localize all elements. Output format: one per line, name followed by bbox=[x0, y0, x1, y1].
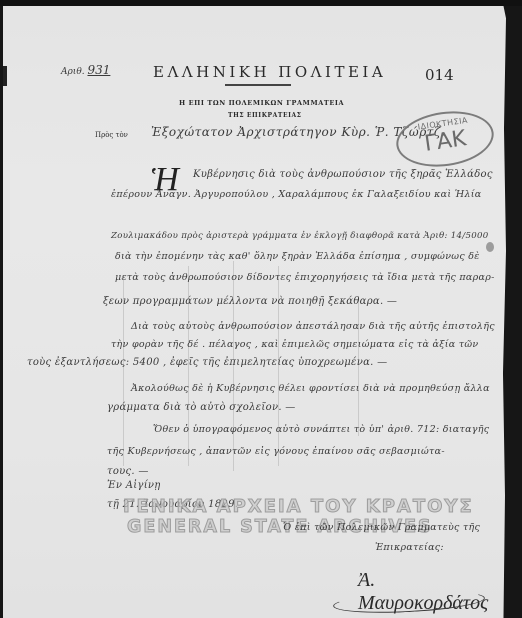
recipient-prefix: Πρὸς τὸν bbox=[95, 131, 128, 139]
ink-smudge bbox=[486, 242, 494, 252]
department-line-1: Η ΕΠΙ ΤΩΝ ΠΟΛΕΜΙΚΩΝ ΓΡΑΜΜΑΤΕΙΑ bbox=[179, 99, 344, 107]
place-line: Ἐν Αἰγίνῃ bbox=[107, 480, 161, 491]
document-page: Αριθ. 931 ΕΛΛΗΝΙΚΗ ΠΟΛΙΤΕΙΑ 014 Η ΕΠΙ ΤΩ… bbox=[3, 6, 506, 618]
reference-label: Αριθ. bbox=[61, 67, 85, 77]
body-line: μετὰ τοὺς ἀνθρωπούσιον δίδοντες ἐπιχορηγ… bbox=[115, 272, 495, 283]
closing-line-2: Ἐπικρατείας: bbox=[375, 542, 444, 553]
scan-border-top bbox=[0, 0, 522, 6]
archive-watermark-greek: ΓΕΝΙΚΑ ΑΡΧΕΙΑ ΤΟΥ ΚΡΑΤΟΥΣ bbox=[123, 496, 474, 517]
archive-ownership-stamp: ΙΔΙΟΚΤΗΣΙΑ ΓΑΚ bbox=[393, 105, 498, 172]
body-line: τὴν φορὰν τῆς δέ . πέλαγος , καὶ ἐπιμελῶ… bbox=[111, 339, 479, 350]
closing-line-1: Ὁ ἐπὶ τῶν Πολεμικῶν Γραμματεὺς τῆς bbox=[283, 522, 480, 533]
department-line-2: ΤΗΣ ΕΠΙΚΡΑΤΕΙΑΣ bbox=[228, 112, 302, 119]
state-title: ΕΛΛΗΝΙΚΗ ΠΟΛΙΤΕΙΑ bbox=[153, 63, 386, 81]
reference-value: 931 bbox=[87, 63, 110, 77]
body-line: ξεων προγραμμάτων μέλλοντα νὰ ποιηθῇ ξεκ… bbox=[103, 296, 397, 307]
body-line: ἐπέρουν Ἀναγν. Ἀργυροπούλου , Χαραλάμπου… bbox=[111, 189, 482, 200]
body-line: Κυβέρνησις διὰ τοὺς ἀνθρωπούσιον τῆς ξηρ… bbox=[193, 169, 493, 180]
page-number: 014 bbox=[425, 66, 454, 84]
body-line: διὰ τὴν ἐπομένην τὰς καθ' ὅλην ξηρὰν Ἑλλ… bbox=[115, 251, 480, 262]
body-line: τῆς Κυβερνήσεως , ἀπαντῶν εἰς γόνους ἐπα… bbox=[107, 446, 445, 457]
page-edge-shadow bbox=[3, 66, 7, 86]
title-divider bbox=[225, 84, 291, 86]
body-line: τους. — bbox=[107, 466, 149, 477]
body-line: Διὰ τοὺς αὐτοὺς ἀνθρωπούσιον ἀπεστάλησαν… bbox=[131, 321, 495, 332]
body-line: Ὅθεν ὁ ὑπογραφόμενος αὐτὸ συνάπτει τὸ ὑπ… bbox=[153, 424, 489, 435]
body-line: τοὺς ἐξαντλήσεως: 5400 , ἐφεῖς τῆς ἐπιμε… bbox=[27, 357, 387, 368]
reference-number: Αριθ. 931 bbox=[61, 63, 110, 77]
body-line: Ζουλιμακάδου πρὸς ἀριστερὰ γράμματα ἐν ἐ… bbox=[111, 231, 489, 241]
body-line: Ἀκολούθως δὲ ἡ Κυβέρνησις θέλει φροντίσε… bbox=[131, 383, 490, 394]
body-line: γράμματα διὰ τὸ αὐτὸ σχολεῖον. — bbox=[107, 402, 296, 413]
scanned-document-frame: Αριθ. 931 ΕΛΛΗΝΙΚΗ ΠΟΛΙΤΕΙΑ 014 Η ΕΠΙ ΤΩ… bbox=[0, 0, 522, 618]
